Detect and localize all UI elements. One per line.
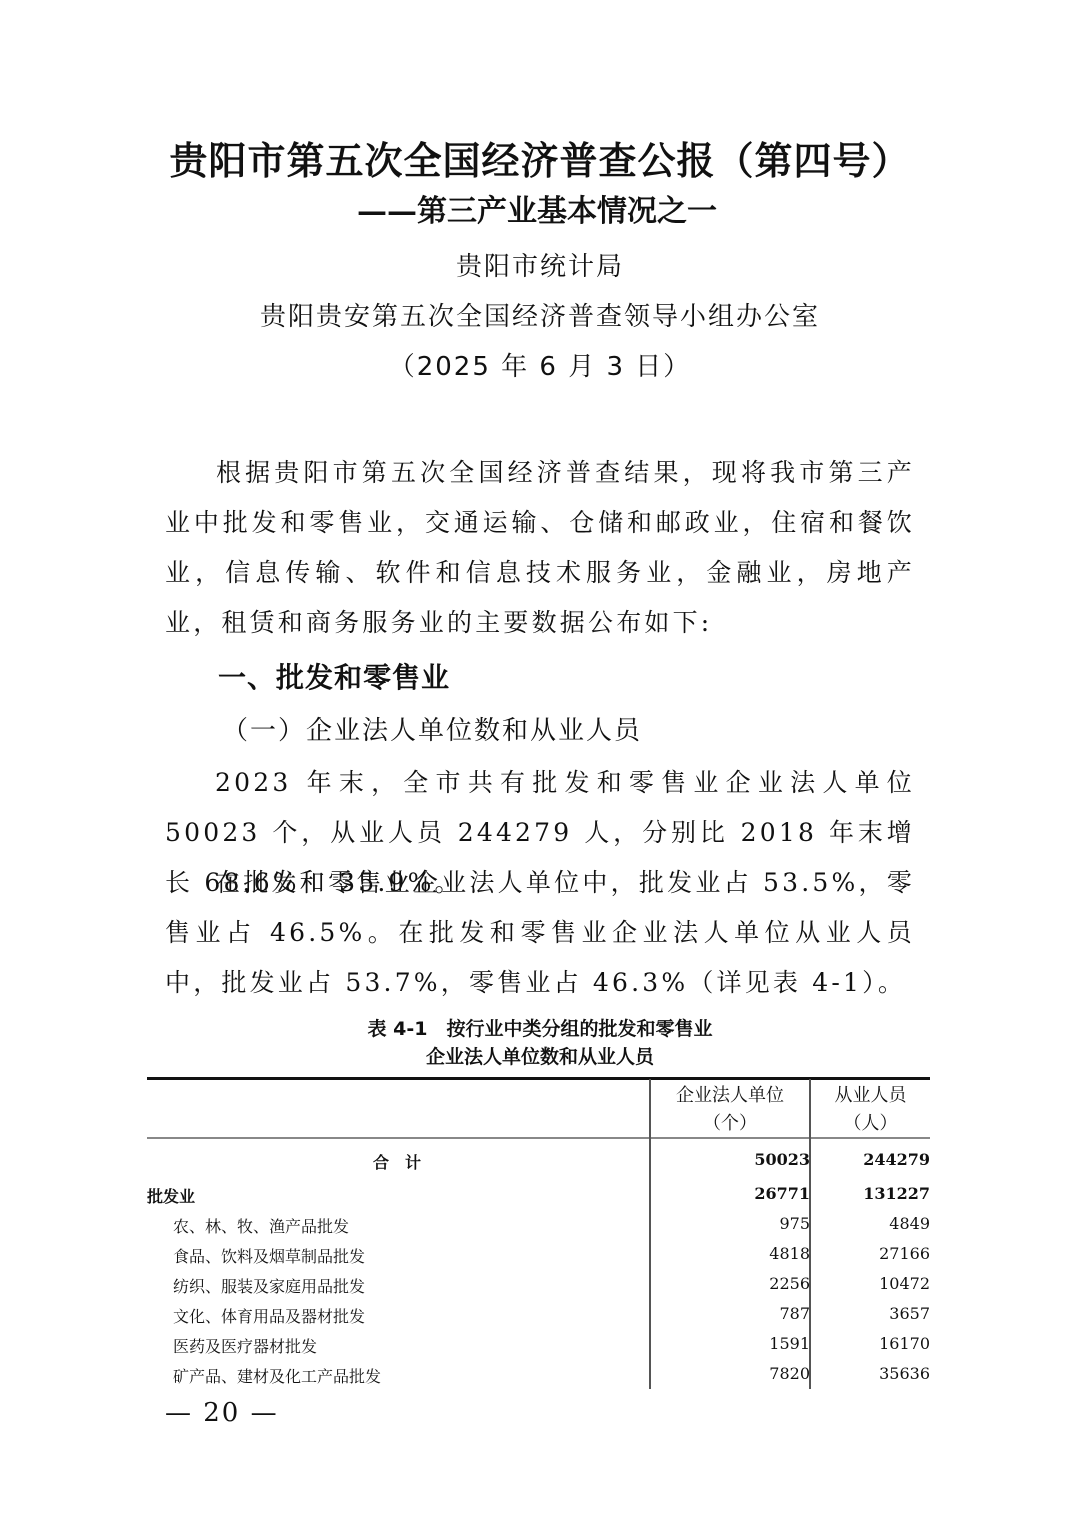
cell-employees: 4849: [889, 1214, 930, 1233]
row-label: 农、林、牧、渔产品批发: [173, 1214, 349, 1237]
table-top-rule: [147, 1077, 930, 1080]
row-label: 矿产品、建材及化工产品批发: [173, 1364, 381, 1387]
table-row-group: 批发业 26771 131227: [147, 1180, 930, 1210]
table-title-line-2: 企业法人单位数和从业人员: [0, 1042, 1074, 1069]
row-label: 合 计: [147, 1150, 647, 1173]
row-label: 食品、饮料及烟草制品批发: [173, 1244, 365, 1267]
column-header-employees: 从业人员 （人）: [811, 1082, 930, 1138]
column-unit: （个）: [651, 1110, 809, 1138]
table-row-total: 合 计 50023 244279: [147, 1146, 930, 1176]
row-label: 文化、体育用品及器材批发: [173, 1304, 365, 1327]
section-heading: 一、批发和零售业: [218, 656, 450, 696]
intro-paragraph: 根据贵阳市第五次全国经济普查结果，现将我市第三产业中批发和零售业，交通运输、仓储…: [165, 448, 915, 648]
stats-paragraph-2: 在批发和零售业企业法人单位中，批发业占 53.5%，零售业占 46.5%。在批发…: [165, 858, 915, 1008]
cell-units: 26771: [754, 1184, 810, 1203]
page-number: — 20 —: [165, 1398, 279, 1428]
document-title: 贵阳市第五次全国经济普查公报（第四号）: [0, 130, 1074, 185]
column-unit: （人）: [811, 1110, 930, 1138]
column-header-units: 企业法人单位 （个）: [651, 1082, 809, 1138]
cell-employees: 16170: [879, 1334, 930, 1353]
cell-units: 1591: [769, 1334, 810, 1353]
table-row: 矿产品、建材及化工产品批发 7820 35636: [147, 1360, 930, 1390]
cell-employees: 27166: [879, 1244, 930, 1263]
cell-employees: 35636: [879, 1364, 930, 1383]
table-title-line-1: 表 4-1 按行业中类分组的批发和零售业: [0, 1014, 1074, 1041]
publish-date: （2025 年 6 月 3 日）: [0, 346, 1074, 383]
issuer-office: 贵阳贵安第五次全国经济普查领导小组办公室: [0, 296, 1074, 333]
intro-text: 根据贵阳市第五次全国经济普查结果，现将我市第三产业中批发和零售业，交通运输、仓储…: [165, 458, 915, 637]
table-row: 文化、体育用品及器材批发 787 3657: [147, 1300, 930, 1330]
cell-employees: 10472: [879, 1274, 930, 1293]
row-label: 批发业: [147, 1184, 195, 1207]
cell-units: 787: [779, 1304, 810, 1323]
cell-units: 50023: [754, 1150, 810, 1169]
cell-employees: 3657: [889, 1304, 930, 1323]
row-label: 纺织、服装及家庭用品批发: [173, 1274, 365, 1297]
stats-text-2: 在批发和零售业企业法人单位中，批发业占 53.5%，零售业占 46.5%。在批发…: [165, 868, 915, 997]
section-subheading: （一）企业法人单位数和从业人员: [222, 710, 642, 747]
cell-units: 2256: [769, 1274, 810, 1293]
issuer-bureau: 贵阳市统计局: [0, 246, 1074, 283]
table-row: 农、林、牧、渔产品批发 975 4849: [147, 1210, 930, 1240]
column-label: 从业人员: [811, 1082, 930, 1110]
cell-units: 7820: [769, 1364, 810, 1383]
cell-units: 975: [779, 1214, 810, 1233]
table-row: 食品、饮料及烟草制品批发 4818 27166: [147, 1240, 930, 1270]
cell-employees: 131227: [863, 1184, 930, 1203]
cell-units: 4818: [769, 1244, 810, 1263]
row-label: 医药及医疗器材批发: [173, 1334, 317, 1357]
table-row: 纺织、服装及家庭用品批发 2256 10472: [147, 1270, 930, 1300]
document-subtitle: ——第三产业基本情况之一: [0, 186, 1074, 230]
table-row: 医药及医疗器材批发 1591 16170: [147, 1330, 930, 1360]
cell-employees: 244279: [863, 1150, 930, 1169]
column-label: 企业法人单位: [651, 1082, 809, 1110]
